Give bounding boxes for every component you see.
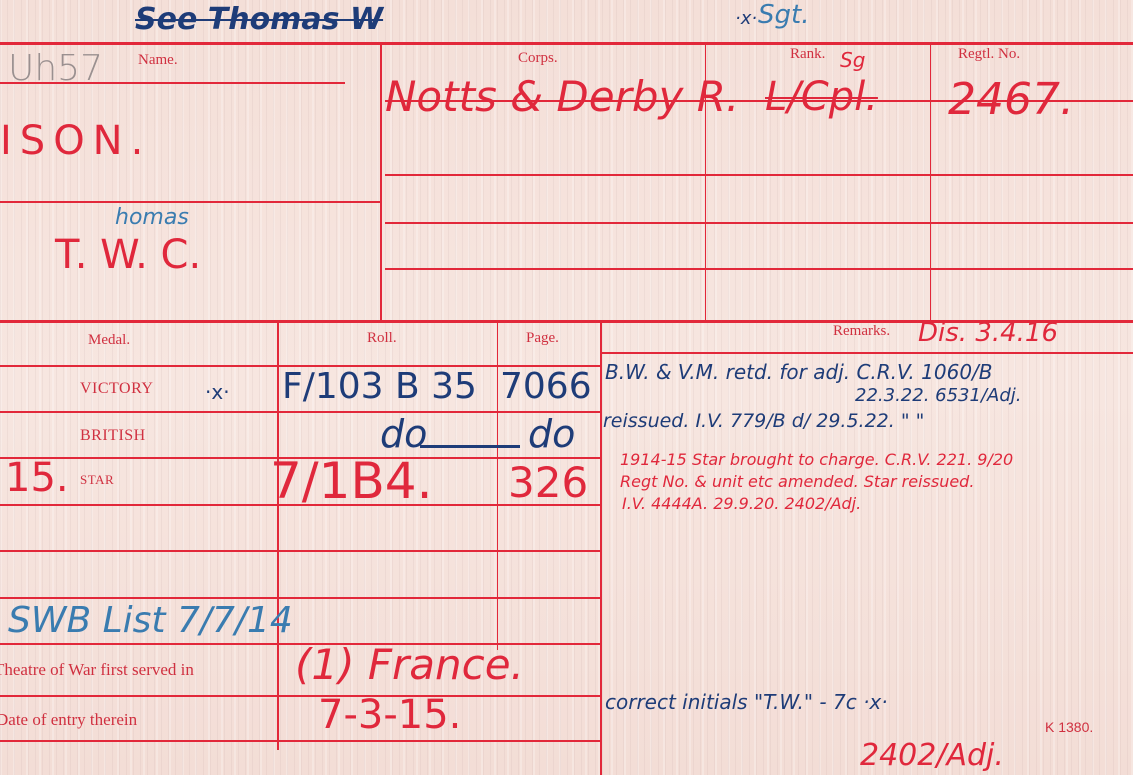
label-rank: Rank. — [790, 46, 825, 63]
star-note-line-2: Regt No. & unit etc amended. Star reissu… — [620, 472, 974, 491]
label-name: Name. — [138, 52, 178, 69]
theatre-value: (1) France. — [295, 640, 524, 689]
swb-list: SWB List 7/7/14 — [8, 600, 293, 641]
rank-value: L/Cpl. — [765, 74, 878, 120]
rule-v — [930, 42, 931, 322]
rule — [385, 174, 1133, 176]
label-date-entry: Date of entry therein — [0, 710, 137, 730]
rule — [0, 597, 600, 599]
label-remarks: Remarks. — [833, 323, 890, 340]
rule-v — [277, 320, 279, 750]
rule — [0, 695, 600, 697]
rule — [0, 740, 600, 742]
victory-roll: F/103 B 35 — [282, 366, 477, 407]
label-medal: Medal. — [88, 332, 130, 349]
british-roll: do — [380, 412, 427, 456]
rank-note: Sgt. — [758, 0, 809, 30]
rule — [385, 222, 1133, 224]
label-medal-victory: VICTORY — [80, 380, 153, 398]
rule-top — [0, 42, 1133, 45]
star-page: 326 — [508, 458, 588, 507]
label-page: Page. — [526, 330, 559, 347]
bottom-ref: 2402/Adj. — [860, 738, 1004, 773]
corps-value: Notts & Derby R. — [385, 72, 739, 121]
victory-page: 7066 — [500, 366, 592, 407]
rule — [385, 268, 1133, 270]
rule-v — [497, 320, 498, 650]
medal-card: Name. Corps. Rank. Regtl. No. Medal. Rol… — [0, 0, 1133, 775]
date-entry-value: 7-3-15. — [318, 692, 461, 738]
initials: T. W. C. — [55, 232, 201, 278]
remarks-dis: Dis. 3.4.16 — [918, 318, 1058, 348]
rule-v — [380, 42, 382, 322]
form-code: K 1380. — [1045, 719, 1093, 735]
victory-mark: ·x· — [205, 380, 230, 404]
rule — [0, 201, 380, 203]
rule-v — [600, 320, 602, 775]
label-medal-star: STAR — [80, 472, 114, 488]
see-note: See Thomas W — [135, 2, 383, 37]
bottom-note: correct initials "T.W." - 7c ·x· — [605, 690, 888, 714]
rule — [600, 352, 1133, 354]
british-page: do — [528, 412, 575, 456]
label-regtl-no: Regtl. No. — [958, 46, 1020, 63]
regtl-no-value: 2467. — [948, 74, 1074, 125]
remarks-line-2: 22.3.22. 6531/Adj. — [855, 385, 1021, 406]
label-corps: Corps. — [518, 50, 558, 67]
rank-correction: Sg — [840, 48, 865, 72]
star-roll: 7/1B4. — [270, 452, 432, 510]
label-roll: Roll. — [367, 330, 397, 347]
header-mark: ·x· — [735, 8, 757, 29]
remarks-line-3: reissued. I.V. 779/B d/ 29.5.22. " " — [603, 410, 924, 432]
label-theatre: Theatre of War first served in — [0, 660, 194, 680]
initials-correction: homas — [115, 205, 189, 230]
margin-pencil: Uh57 — [8, 48, 103, 89]
surname: ISON. — [0, 118, 151, 164]
label-medal-british: BRITISH — [80, 427, 146, 445]
star-note-line-1: 1914-15 Star brought to charge. C.R.V. 2… — [620, 450, 1013, 469]
ditto-line — [420, 445, 520, 448]
rule — [0, 550, 600, 552]
star-note-line-3: I.V. 4444A. 29.9.20. 2402/Adj. — [622, 494, 861, 513]
star-prefix: 15. — [5, 455, 69, 501]
rule — [0, 411, 600, 413]
remarks-line-1: B.W. & V.M. retd. for adj. C.R.V. 1060/B — [605, 360, 993, 384]
